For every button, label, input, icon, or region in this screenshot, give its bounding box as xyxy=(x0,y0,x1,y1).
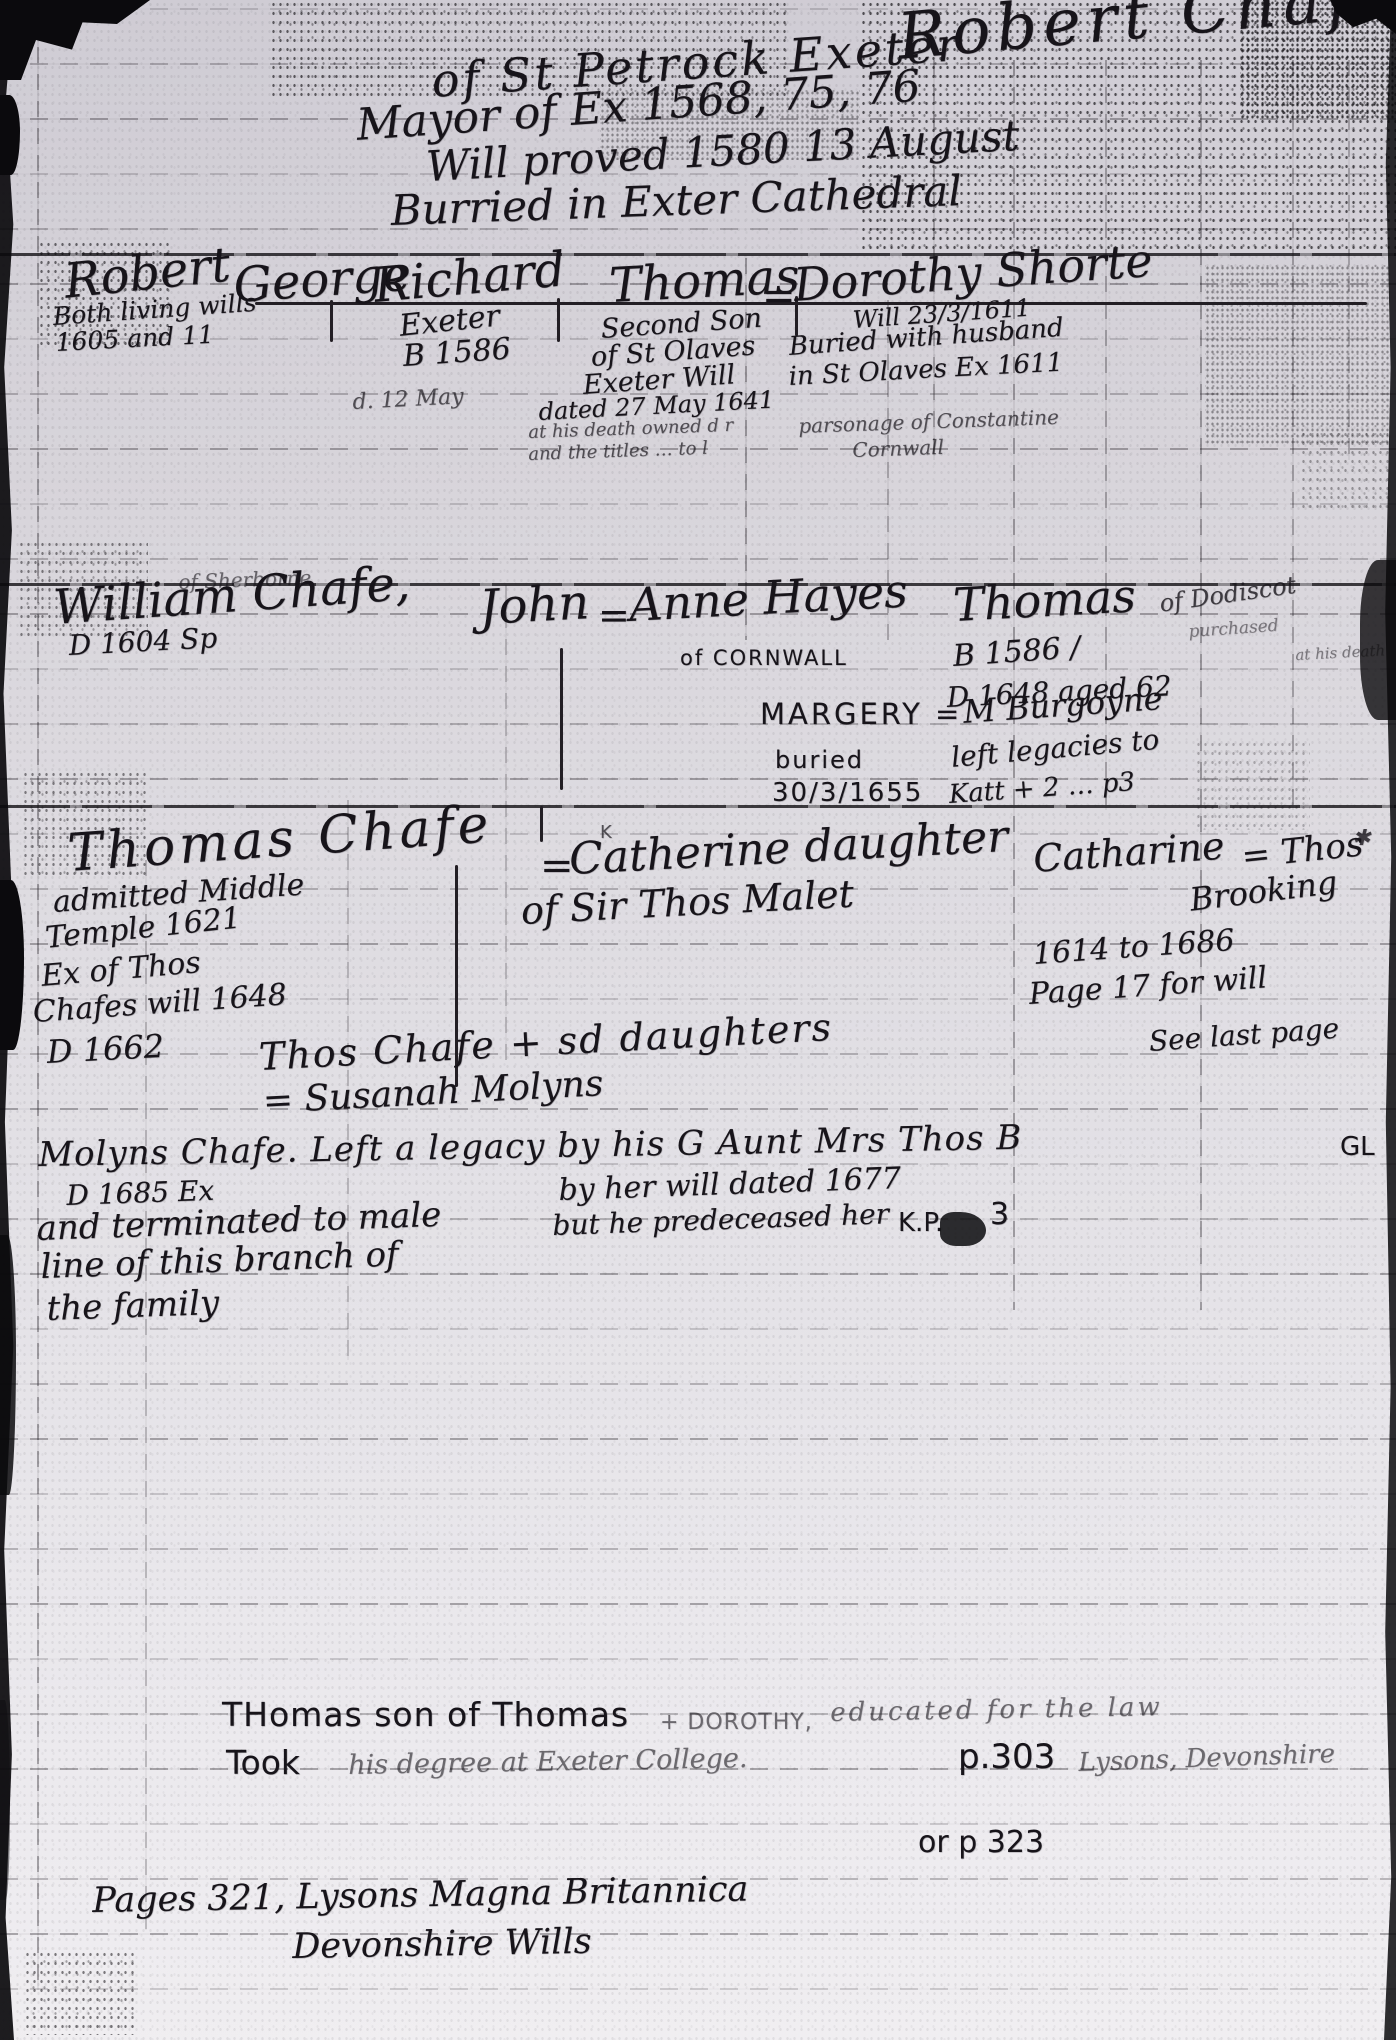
scanned-genealogy-page: Robert Chafe of St Petrock Exeter Mayor … xyxy=(0,0,1396,2040)
grid-line xyxy=(0,1988,1396,1990)
gen4-catharine-note: See last page xyxy=(1148,1015,1340,1056)
grid-line-vertical xyxy=(505,585,507,1060)
molyns-kp-mark: K.P. xyxy=(898,1210,943,1236)
molyns-kp3-mark: 3 xyxy=(990,1200,1009,1230)
grid-line xyxy=(0,723,1396,725)
gen2-richard: Richard xyxy=(372,245,567,310)
gen3-margery-note: 30/3/1655 xyxy=(772,780,923,806)
grid-line-vertical xyxy=(1200,60,1202,1310)
grid-line xyxy=(0,1933,1396,1935)
grid-line xyxy=(0,1493,1396,1495)
gen4-brooking: Brooking xyxy=(1188,866,1339,916)
gen2-robert-george-note: 1605 and 11 xyxy=(55,322,214,355)
scan-blob xyxy=(1360,560,1396,720)
grid-separator xyxy=(0,805,1396,808)
pedigree-connector-line xyxy=(540,806,543,842)
gen3-anne: Anne Hayes xyxy=(628,567,909,628)
scan-blob xyxy=(0,95,20,175)
footnote-degree: his degree at Exeter College. xyxy=(348,1745,748,1779)
grid-line xyxy=(0,228,1396,230)
pedigree-connector-line xyxy=(560,648,563,790)
scan-noise xyxy=(24,1950,134,2035)
gen3-margery: MARGERY = xyxy=(760,700,962,729)
scan-blob xyxy=(0,880,24,1050)
grid-line xyxy=(0,558,1396,560)
grid-line xyxy=(0,1603,1396,1605)
footnote-thomas-son: THomas son of Thomas xyxy=(222,1698,629,1731)
gen2-richard-note: B 1586 xyxy=(402,334,512,371)
gen3-margery-note: buried xyxy=(775,748,864,772)
molyns-line5: the family xyxy=(46,1286,220,1326)
gen4-catherine: Catherine daughter xyxy=(568,815,1009,882)
footnote-p303: p.303 xyxy=(958,1740,1055,1774)
footnote-devonshire-wills: Devonshire Wills xyxy=(292,1925,592,1965)
gen4-catharine-note: 1614 to 1686 xyxy=(1032,926,1235,970)
molyns-gl-mark: GL xyxy=(1340,1134,1375,1160)
grid-line xyxy=(0,1658,1396,1660)
scan-blob-top-left xyxy=(0,0,150,80)
scan-noise xyxy=(1300,430,1390,510)
gen3-burgoyne-note: Katt + 2 … p3 xyxy=(948,769,1136,808)
gen4-catharine-right: Catharine xyxy=(1032,827,1226,878)
grid-line xyxy=(0,503,1396,505)
gen3-thomas-note: B 1586 / xyxy=(952,633,1081,672)
scan-edge-right xyxy=(1384,0,1396,2040)
gen3-thomas-of: of Dodiscot xyxy=(1158,573,1298,616)
scan-blob xyxy=(0,1235,16,1495)
gen2-dorothy-note: parsonage of Constantine xyxy=(798,407,1059,436)
gen3-john: John xyxy=(478,578,590,632)
grid-line-vertical xyxy=(1348,60,1350,460)
gen3-anne-note: of CORNWALL xyxy=(680,648,848,669)
gen4-thomas-note: D 1662 xyxy=(46,1030,165,1068)
gen2-thomas-note: and the titles … to l xyxy=(528,440,708,464)
gen4-thomas-chafe: Thomas Chafe xyxy=(66,798,494,880)
molyns-line3b: but he predeceased her xyxy=(552,1200,889,1240)
scan-noise xyxy=(1205,265,1390,445)
gen3-marriage-equals: = xyxy=(598,596,630,634)
gen3-william-note: D 1604 Sp xyxy=(68,624,218,660)
footnote-lysons-devonshire: Lysons, Devonshire xyxy=(1078,1741,1335,1776)
grid-line xyxy=(0,1328,1396,1330)
grid-line xyxy=(0,1823,1396,1825)
pedigree-connector-line xyxy=(557,298,560,342)
gen3-burgoyne-note: left legacies to xyxy=(950,726,1160,772)
footnote-educated: educated for the law xyxy=(830,1694,1163,1726)
grid-line xyxy=(0,1383,1396,1385)
footnote-or-p323: or p 323 xyxy=(918,1828,1044,1858)
footnote-took: Took xyxy=(226,1746,300,1779)
footnote-dorothy: + DOROTHY, xyxy=(660,1712,813,1734)
gen3-thomas: Thomas xyxy=(952,572,1137,627)
grid-line xyxy=(0,1438,1396,1440)
title-name: Robert Chafe xyxy=(895,0,1396,70)
gen2-marriage-equals: = xyxy=(762,276,796,316)
footnote-pages321: Pages 321, Lysons Magna Britannica xyxy=(92,1873,749,1919)
grid-line xyxy=(0,1548,1396,1550)
grid-line xyxy=(0,778,1396,780)
grid-line xyxy=(0,1108,1396,1110)
gen4-catharine-note: Page 17 for will xyxy=(1028,963,1268,1010)
gen3-william: William Chafe, xyxy=(52,559,411,632)
molyns-line4: line of this branch of xyxy=(40,1238,399,1284)
gen3-thomas-fragment: purchased xyxy=(1188,618,1279,641)
scan-scribble xyxy=(940,1212,986,1246)
gen2-richard-note: d. 12 May xyxy=(352,386,464,414)
gen2-dorothy-note: Cornwall xyxy=(852,437,944,460)
gen4-star-mark: ✱ xyxy=(1352,828,1370,850)
